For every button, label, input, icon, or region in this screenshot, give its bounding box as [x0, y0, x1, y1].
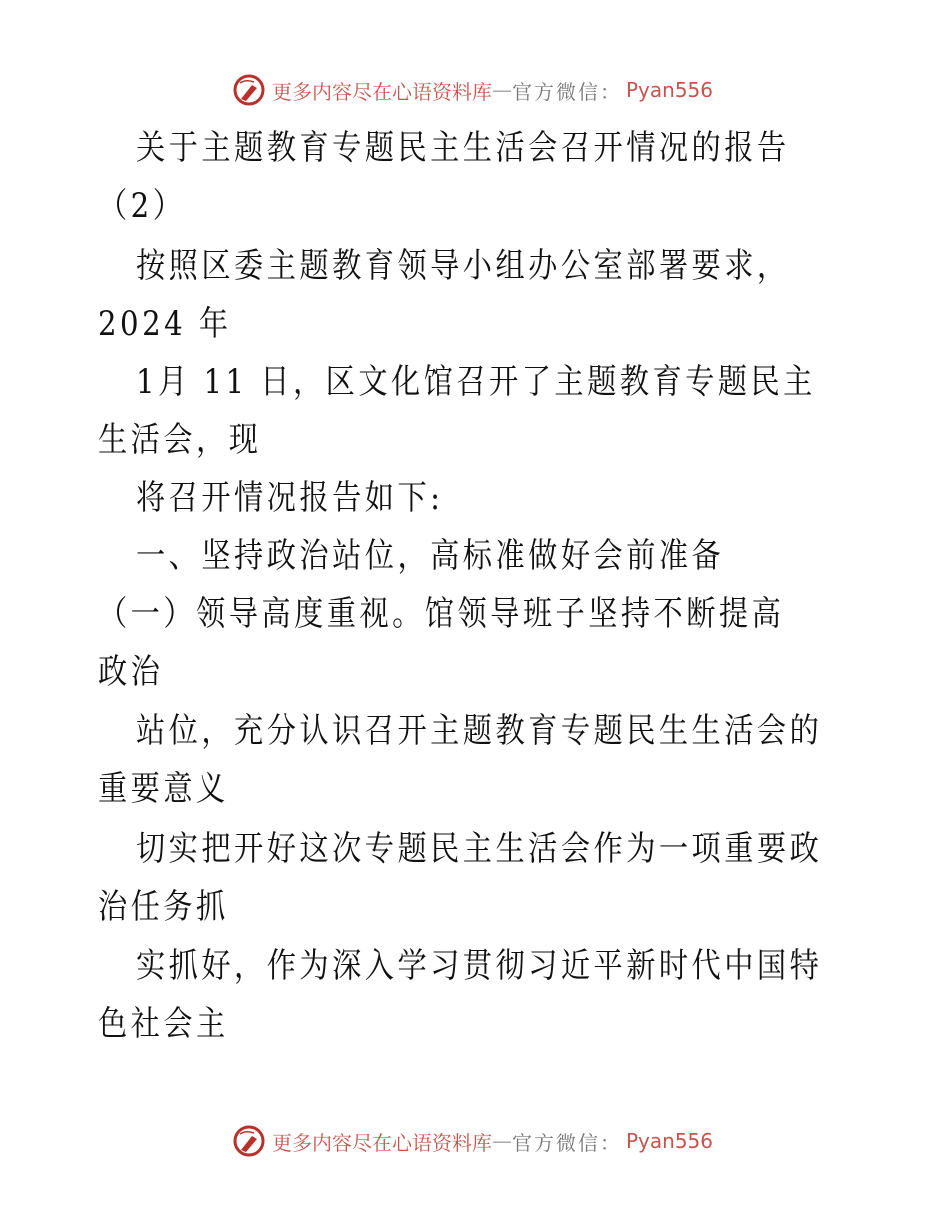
- watermark-dash: —: [492, 78, 512, 102]
- paragraph-line: 生活会，现: [98, 420, 261, 460]
- paragraph-line: 切实把开好这次专题民主生活会作为一项重要政: [136, 829, 822, 869]
- watermark-header: 更多内容尽在心语资料库 — 官方微信： Pyan556: [232, 70, 713, 110]
- paragraph-line: 1月 11 日，区文化馆召开了主题教育专题民主: [136, 362, 816, 402]
- paragraph-line: 站位，充分认识召开主题教育专题民生生活会的: [136, 711, 822, 751]
- watermark-red-text: 更多内容尽在心语资料库: [272, 1127, 492, 1156]
- watermark-wechat-id: Pyan556: [626, 78, 713, 102]
- watermark-footer: 更多内容尽在心语资料库 — 官方微信： Pyan556: [232, 1121, 713, 1161]
- subsection-line: （一）领导高度重视。馆领导班子坚持不断提高: [98, 594, 784, 634]
- paragraph-line: 政治: [98, 652, 163, 692]
- paragraph-line: 治任务抓: [98, 887, 229, 927]
- paragraph-line: 重要意义: [98, 769, 229, 809]
- pen-logo-icon: [232, 73, 266, 107]
- pen-logo-icon: [232, 1124, 266, 1158]
- paragraph-line: 色社会主: [98, 1004, 229, 1044]
- watermark-red-text: 更多内容尽在心语资料库: [272, 76, 492, 105]
- paragraph-line: 按照区委主题教育领导小组办公室部署要求，: [136, 246, 790, 286]
- document-title-suffix: （2）: [98, 186, 185, 226]
- document-title: 关于主题教育专题民主生活会召开情况的报告: [136, 128, 790, 168]
- watermark-wechat-label: 官方微信：: [512, 76, 622, 105]
- watermark-wechat-label: 官方微信：: [512, 1127, 622, 1156]
- paragraph-line: 2024 年: [98, 304, 232, 344]
- watermark-dash: —: [492, 1129, 512, 1153]
- paragraph-line: 将召开情况报告如下:: [136, 478, 443, 518]
- paragraph-line: 实抓好，作为深入学习贯彻习近平新时代中国特: [136, 946, 822, 986]
- watermark-wechat-id: Pyan556: [626, 1129, 713, 1153]
- section-heading: 一、坚持政治站位，高标准做好会前准备: [136, 536, 724, 576]
